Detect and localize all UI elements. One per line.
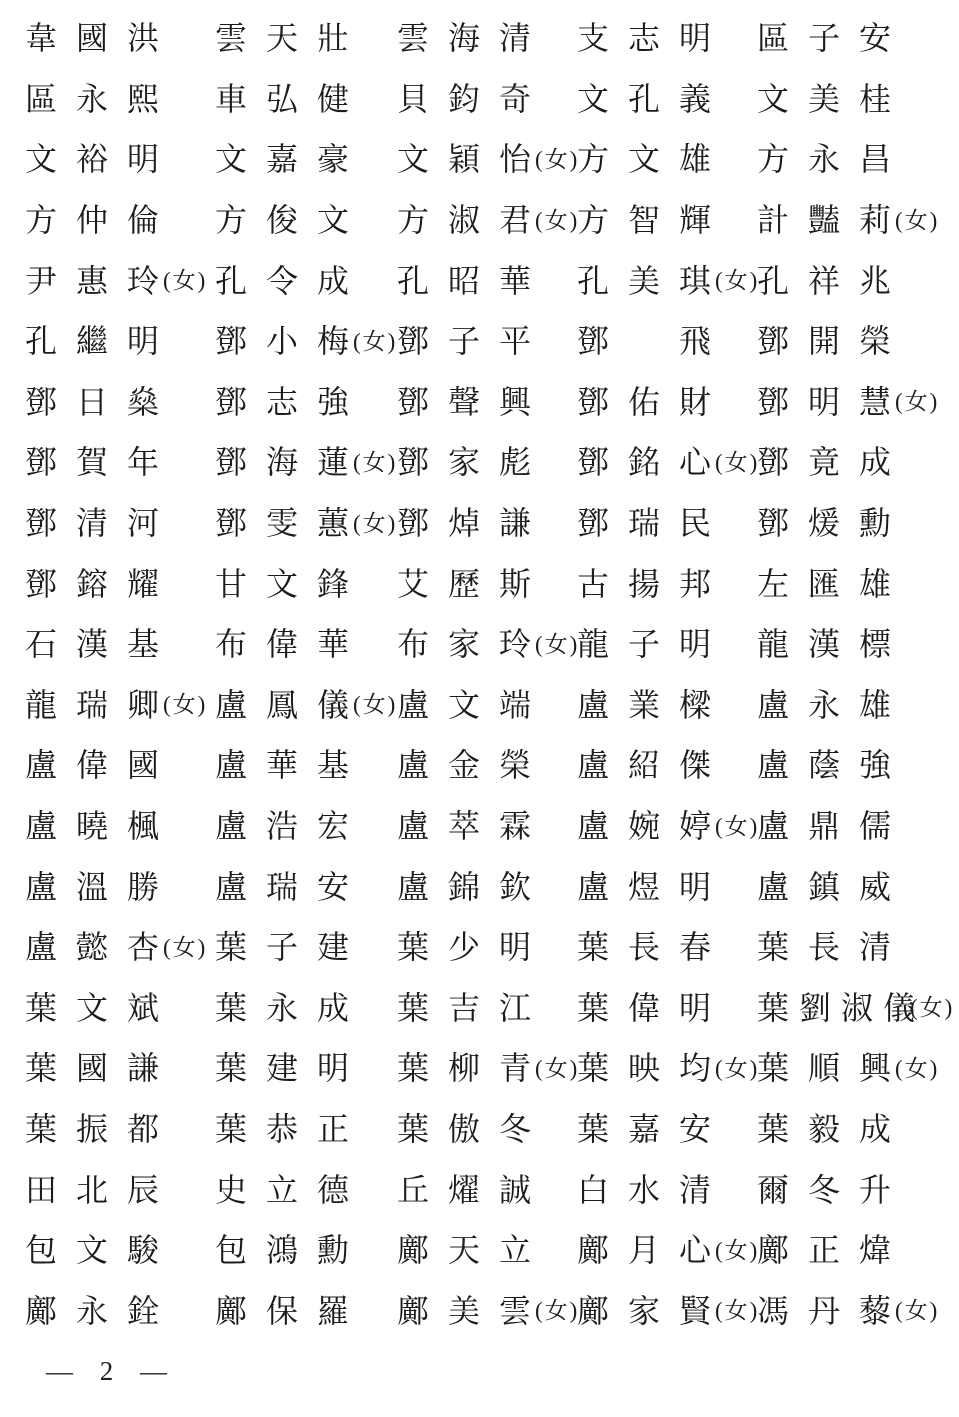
name-cell: 鄧清河 [25,491,215,552]
name-cell: 方智輝 [577,188,757,249]
name-cell: 盧婉婷(女) [577,794,757,855]
female-marker: (女) [715,1292,759,1325]
name-cell: 丘燿誠 [397,1157,577,1218]
name-cell: 孔繼明 [25,309,215,370]
name-cell: 文嘉豪 [215,127,397,188]
name-cell: 盧浩宏 [215,794,397,855]
person-name: 葉劉淑儀 [757,983,925,1029]
person-name: 龍漢標 [757,619,910,665]
person-name: 鄧小梅 [215,316,368,362]
name-cell: 葉振都 [25,1097,215,1158]
name-cell: 盧瑞安 [215,854,397,915]
name-cell: 白水清 [577,1157,757,1218]
person-name: 盧錦欽 [397,862,550,908]
person-name: 方永昌 [757,134,910,180]
person-name: 包鴻勳 [215,1225,368,1271]
name-cell: 鄺天立 [397,1218,577,1279]
name-cell: 葉長春 [577,915,757,976]
name-cell: 方淑君(女) [397,188,577,249]
person-name: 史立德 [215,1165,368,1211]
name-cell: 史立德 [215,1157,397,1218]
name-cell: 盧金榮 [397,733,577,794]
person-name: 盧文端 [397,680,550,726]
name-cell: 鄧佑財 [577,370,757,431]
person-name: 鄧 飛 [577,316,730,362]
person-name: 葉吉江 [397,983,550,1029]
person-name: 盧婉婷 [577,801,730,847]
name-cell: 文美桂 [757,67,959,128]
person-name: 計豔莉 [757,195,910,241]
name-cell: 盧文端 [397,673,577,734]
person-name: 韋國洪 [25,13,178,59]
person-name: 孔繼明 [25,316,178,362]
name-cell: 葉嘉安 [577,1097,757,1158]
name-cell: 艾歷斯 [397,551,577,612]
person-name: 盧華基 [215,740,368,786]
person-name: 丘燿誠 [397,1165,550,1211]
person-name: 爾冬升 [757,1165,910,1211]
name-cell: 葉順興(女) [757,1036,959,1097]
person-name: 車弘健 [215,74,368,120]
person-name: 雲天壯 [215,13,368,59]
female-marker: (女) [895,1292,939,1325]
name-cell: 鄧明慧(女) [757,370,959,431]
female-marker: (女) [535,626,579,659]
person-name: 葉子建 [215,922,368,968]
person-name: 盧懿杏 [25,922,178,968]
name-cell: 區子安 [757,6,959,67]
person-name: 文美桂 [757,74,910,120]
name-cell: 布家玲(女) [397,612,577,673]
person-name: 葉少明 [397,922,550,968]
name-cell: 鄧煖勳 [757,491,959,552]
person-name: 貝鈞奇 [397,74,550,120]
name-cell: 鄺正煒 [757,1218,959,1279]
person-name: 葉毅成 [757,1104,910,1150]
person-name: 盧曉楓 [25,801,178,847]
name-cell: 葉傲冬 [397,1097,577,1158]
name-cell: 文裕明 [25,127,215,188]
name-cell: 田北辰 [25,1157,215,1218]
person-name: 盧偉國 [25,740,178,786]
person-name: 文穎怡 [397,134,550,180]
name-cell: 韋國洪 [25,6,215,67]
person-name: 葉嘉安 [577,1104,730,1150]
person-name: 方文雄 [577,134,730,180]
person-name: 龍子明 [577,619,730,665]
person-name: 龍瑞卿 [25,680,178,726]
person-name: 葉國謙 [25,1043,178,1089]
person-name: 盧鎮威 [757,862,910,908]
name-cell: 盧偉國 [25,733,215,794]
person-name: 鄺正煒 [757,1225,910,1271]
person-name: 區子安 [757,13,910,59]
name-cell: 葉映均(女) [577,1036,757,1097]
person-name: 鄧聲興 [397,377,550,423]
female-marker: (女) [535,202,579,235]
female-marker: (女) [535,141,579,174]
person-name: 孔令成 [215,256,368,302]
name-cell: 鄧雯蕙(女) [215,491,397,552]
name-cell: 盧鎮威 [757,854,959,915]
person-name: 甘文鋒 [215,559,368,605]
name-cell: 區永熙 [25,67,215,128]
female-marker: (女) [715,808,759,841]
person-name: 葉文斌 [25,983,178,1029]
page-number: — 2 — [46,1356,169,1387]
name-cell: 葉國謙 [25,1036,215,1097]
person-name: 盧鳳儀 [215,680,368,726]
person-name: 古揚邦 [577,559,730,605]
person-name: 文嘉豪 [215,134,368,180]
person-name: 田北辰 [25,1165,178,1211]
person-name: 鄺月心 [577,1225,730,1271]
person-name: 鄧瑞民 [577,498,730,544]
document-page: 韋國洪雲天壯雲海清支志明區子安區永熙車弘健貝鈞奇文孔義文美桂文裕明文嘉豪文穎怡(… [0,0,959,1417]
female-marker: (女) [353,323,397,356]
female-marker: (女) [910,989,954,1022]
name-cell: 龍漢標 [757,612,959,673]
person-name: 盧煜明 [577,862,730,908]
name-cell: 葉柳青(女) [397,1036,577,1097]
person-name: 葉順興 [757,1043,910,1089]
female-marker: (女) [353,505,397,538]
name-cell: 尹惠玲(女) [25,248,215,309]
name-cell: 鄧瑞民 [577,491,757,552]
female-marker: (女) [163,929,207,962]
name-cell: 鄧銘心(女) [577,430,757,491]
name-cell: 葉長清 [757,915,959,976]
person-name: 鄧雯蕙 [215,498,368,544]
name-cell: 馮丹藜(女) [757,1278,959,1339]
name-cell: 古揚邦 [577,551,757,612]
name-cell: 孔令成 [215,248,397,309]
person-name: 鄧佑財 [577,377,730,423]
name-cell: 爾冬升 [757,1157,959,1218]
name-cell: 鄧 飛 [577,309,757,370]
name-cell: 盧鼎儒 [757,794,959,855]
name-cell: 鄧竟成 [757,430,959,491]
person-name: 鄧清河 [25,498,178,544]
name-cell: 鄺家賢(女) [577,1278,757,1339]
person-name: 盧金榮 [397,740,550,786]
person-name: 文裕明 [25,134,178,180]
name-cell: 葉偉明 [577,976,757,1037]
name-cell: 左匯雄 [757,551,959,612]
female-marker: (女) [163,686,207,719]
name-cell: 鄧日燊 [25,370,215,431]
name-cell: 葉少明 [397,915,577,976]
name-cell: 鄧開榮 [757,309,959,370]
name-cell: 方仲倫 [25,188,215,249]
name-cell: 包文駿 [25,1218,215,1279]
person-name: 葉永成 [215,983,368,1029]
name-cell: 盧萃霖 [397,794,577,855]
person-name: 盧永雄 [757,680,910,726]
person-name: 支志明 [577,13,730,59]
person-name: 鄧焯謙 [397,498,550,544]
name-cell: 鄧鎔耀 [25,551,215,612]
person-name: 白水清 [577,1165,730,1211]
person-name: 方仲倫 [25,195,178,241]
person-name: 鄧明慧 [757,377,910,423]
person-name: 文孔義 [577,74,730,120]
name-cell: 鄧志強 [215,370,397,431]
name-cell: 孔美琪(女) [577,248,757,309]
name-cell: 方永昌 [757,127,959,188]
person-name: 鄧家彪 [397,437,550,483]
name-cell: 葉文斌 [25,976,215,1037]
person-name: 孔美琪 [577,256,730,302]
person-name: 鄧煖勳 [757,498,910,544]
person-name: 布偉華 [215,619,368,665]
female-marker: (女) [353,444,397,477]
name-cell: 文孔義 [577,67,757,128]
name-cell: 盧溫勝 [25,854,215,915]
female-marker: (女) [715,1232,759,1265]
person-name: 鄺永銓 [25,1286,178,1332]
name-cell: 龍瑞卿(女) [25,673,215,734]
person-name: 尹惠玲 [25,256,178,302]
name-cell: 支志明 [577,6,757,67]
person-name: 鄺美雲 [397,1286,550,1332]
name-cell: 盧永雄 [757,673,959,734]
female-marker: (女) [535,1292,579,1325]
name-cell: 葉劉淑儀(女) [757,976,959,1037]
person-name: 盧蔭強 [757,740,910,786]
name-cell: 鄺保羅 [215,1278,397,1339]
person-name: 石漢基 [25,619,178,665]
name-cell: 雲海清 [397,6,577,67]
person-name: 鄧子平 [397,316,550,362]
female-marker: (女) [895,202,939,235]
person-name: 鄺家賢 [577,1286,730,1332]
person-name: 葉振都 [25,1104,178,1150]
person-name: 葉偉明 [577,983,730,1029]
person-name: 鄧竟成 [757,437,910,483]
person-name: 葉長春 [577,922,730,968]
name-cell: 石漢基 [25,612,215,673]
name-cell: 貝鈞奇 [397,67,577,128]
person-name: 孔祥兆 [757,256,910,302]
name-cell: 鄧家彪 [397,430,577,491]
name-cell: 盧錦欽 [397,854,577,915]
name-grid: 韋國洪雲天壯雲海清支志明區子安區永熙車弘健貝鈞奇文孔義文美桂文裕明文嘉豪文穎怡(… [25,6,959,1339]
person-name: 葉建明 [215,1043,368,1089]
person-name: 馮丹藜 [757,1286,910,1332]
person-name: 方俊文 [215,195,368,241]
name-cell: 計豔莉(女) [757,188,959,249]
person-name: 鄧鎔耀 [25,559,178,605]
name-cell: 孔昭華 [397,248,577,309]
person-name: 方智輝 [577,195,730,241]
person-name: 孔昭華 [397,256,550,302]
person-name: 盧業樑 [577,680,730,726]
person-name: 艾歷斯 [397,559,550,605]
name-cell: 盧業樑 [577,673,757,734]
person-name: 盧鼎儒 [757,801,910,847]
female-marker: (女) [895,1050,939,1083]
female-marker: (女) [715,444,759,477]
name-cell: 鄧海蓮(女) [215,430,397,491]
person-name: 方淑君 [397,195,550,241]
name-cell: 盧煜明 [577,854,757,915]
person-name: 鄧賀年 [25,437,178,483]
female-marker: (女) [535,1050,579,1083]
person-name: 葉映均 [577,1043,730,1089]
name-cell: 方文雄 [577,127,757,188]
female-marker: (女) [715,1050,759,1083]
person-name: 鄧日燊 [25,377,178,423]
name-cell: 龍子明 [577,612,757,673]
name-cell: 車弘健 [215,67,397,128]
person-name: 鄺天立 [397,1225,550,1271]
name-cell: 方俊文 [215,188,397,249]
name-cell: 文穎怡(女) [397,127,577,188]
name-cell: 盧鳳儀(女) [215,673,397,734]
person-name: 盧溫勝 [25,862,178,908]
person-name: 雲海清 [397,13,550,59]
name-cell: 葉永成 [215,976,397,1037]
name-cell: 布偉華 [215,612,397,673]
name-cell: 鄺永銓 [25,1278,215,1339]
name-cell: 葉建明 [215,1036,397,1097]
name-cell: 雲天壯 [215,6,397,67]
name-cell: 鄧子平 [397,309,577,370]
person-name: 葉長清 [757,922,910,968]
female-marker: (女) [715,262,759,295]
name-cell: 鄧小梅(女) [215,309,397,370]
name-cell: 盧紹傑 [577,733,757,794]
name-cell: 鄧焯謙 [397,491,577,552]
person-name: 左匯雄 [757,559,910,605]
name-cell: 盧曉楓 [25,794,215,855]
person-name: 包文駿 [25,1225,178,1271]
person-name: 鄧海蓮 [215,437,368,483]
name-cell: 葉吉江 [397,976,577,1037]
female-marker: (女) [163,262,207,295]
name-cell: 葉恭正 [215,1097,397,1158]
person-name: 盧瑞安 [215,862,368,908]
person-name: 盧紹傑 [577,740,730,786]
name-cell: 鄺美雲(女) [397,1278,577,1339]
person-name: 盧萃霖 [397,801,550,847]
name-cell: 盧華基 [215,733,397,794]
person-name: 盧浩宏 [215,801,368,847]
person-name: 區永熙 [25,74,178,120]
name-cell: 盧蔭強 [757,733,959,794]
name-cell: 包鴻勳 [215,1218,397,1279]
name-cell: 鄧賀年 [25,430,215,491]
name-cell: 盧懿杏(女) [25,915,215,976]
person-name: 葉柳青 [397,1043,550,1089]
name-cell: 鄺月心(女) [577,1218,757,1279]
person-name: 鄧志強 [215,377,368,423]
person-name: 布家玲 [397,619,550,665]
name-cell: 葉毅成 [757,1097,959,1158]
female-marker: (女) [895,383,939,416]
person-name: 葉傲冬 [397,1104,550,1150]
name-cell: 孔祥兆 [757,248,959,309]
female-marker: (女) [353,686,397,719]
name-cell: 鄧聲興 [397,370,577,431]
name-cell: 葉子建 [215,915,397,976]
person-name: 鄺保羅 [215,1286,368,1332]
person-name: 鄧開榮 [757,316,910,362]
person-name: 葉恭正 [215,1104,368,1150]
name-cell: 甘文鋒 [215,551,397,612]
person-name: 鄧銘心 [577,437,730,483]
